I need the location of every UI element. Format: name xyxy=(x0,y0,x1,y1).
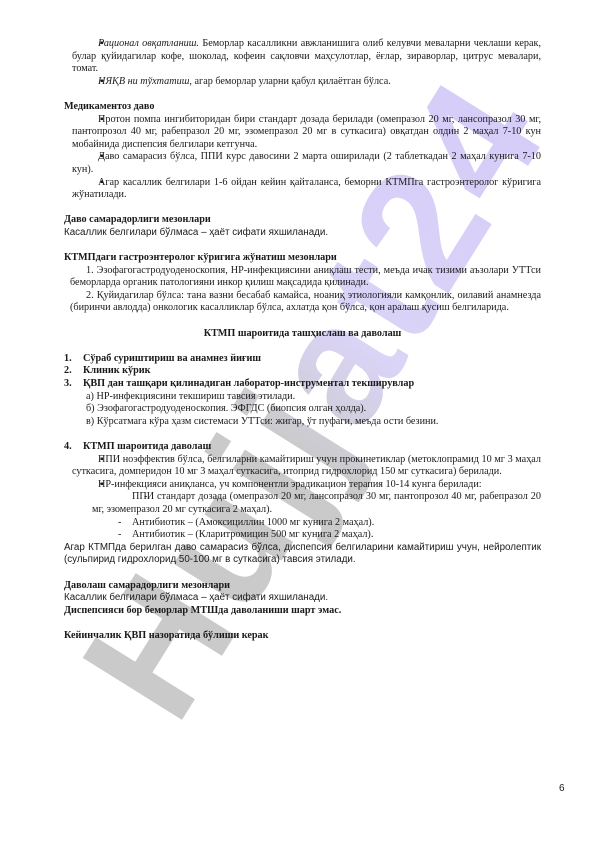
medication-bullet-text: Агар касаллик белгилари 1-6 ойдан кейин … xyxy=(72,177,541,201)
bullet-icon xyxy=(86,177,98,188)
step-item: 2.Клиник кўрик xyxy=(64,365,541,378)
diet-bullet-rational: Рационал овқатланиш. Беморлар касалликни… xyxy=(64,38,541,76)
step4-bullet: НР-инфекцияси аниқланса, уч компонентли … xyxy=(64,479,541,492)
step3-sub-item: а) НР-инфекциясини текшириш тавсия этила… xyxy=(64,391,541,404)
step-label: КТМП шароитида даволаш xyxy=(83,441,211,454)
referral-heading: КТМПдаги гастроэнтеролог кўригига жўнати… xyxy=(64,252,541,265)
bullet-icon xyxy=(86,151,98,162)
eradication-item-text: Антибиотик – (Амоксициллин 1000 мг куниг… xyxy=(132,517,374,528)
treatment-efficacy-text: Касаллик белгилари бўлмаса – ҳаёт сифати… xyxy=(64,592,541,605)
page-content: Рационал овқатланиш. Беморлар касалликни… xyxy=(64,38,541,643)
efficacy-text: Касаллик белгилари бўлмаса – ҳаёт сифати… xyxy=(64,227,541,240)
step-item: 4.КТМП шароитида даволаш xyxy=(64,441,541,454)
medication-bullet: Агар касаллик белгилари 1-6 ойдан кейин … xyxy=(64,177,541,202)
page-number: 6 xyxy=(559,783,565,794)
medication-bullet: Протон помпа ингибиторидан бири стандарт… xyxy=(64,114,541,152)
bullet-icon xyxy=(86,76,98,87)
step3-sub-item: в) Кўрсатмага кўра ҳазм системаси УТТси:… xyxy=(64,416,541,429)
referral-item: 1. Эзофагогастродуоденоскопия, НР-инфекц… xyxy=(64,265,541,290)
step4-bullet-text: НР-инфекцияси аниқланса, уч компонентли … xyxy=(98,479,482,490)
step-item: 3.ҚВП дан ташқари қилинадиган лаборатор-… xyxy=(64,378,541,391)
eradication-item: ППИ стандарт дозада (омепразол 20 мг, ла… xyxy=(64,491,541,516)
step-label: ҚВП дан ташқари қилинадиган лаборатор-ин… xyxy=(83,378,414,391)
step-number: 3. xyxy=(64,378,83,391)
eradication-item: Антибиотик – (Кларитромицин 500 мг куниг… xyxy=(64,529,541,542)
medication-bullet-text: Даво самарасиз бўлса, ППИ курс давосини … xyxy=(72,151,541,175)
diet-bullet-nsaid-text: , агар беморлар уларни қабул қилаётган б… xyxy=(189,76,390,87)
step-number: 1. xyxy=(64,353,83,366)
bullet-icon xyxy=(86,479,98,490)
dash-icon xyxy=(118,529,132,540)
diet-bullet-nsaid-title: НЯҚВ ни тўхтатиш xyxy=(98,76,189,87)
diet-bullet-nsaid: НЯҚВ ни тўхтатиш, агар беморлар уларни қ… xyxy=(64,76,541,89)
referral-item: 2. Қуйидагилар бўлса: тана вазни бесабаб… xyxy=(64,290,541,315)
section-title: КТМП шароитида ташҳислаш ва даволаш xyxy=(64,328,541,341)
dash-icon xyxy=(118,517,132,528)
step-number: 2. xyxy=(64,365,83,378)
efficacy-heading: Даво самарадорлиги мезонлари xyxy=(64,214,541,227)
document-page: Hujjat24 Рационал овқатланиш. Беморлар к… xyxy=(0,0,596,842)
step-label: Клиник кўрик xyxy=(83,365,151,378)
bullet-icon xyxy=(86,114,98,125)
medication-bullet-text: Протон помпа ингибиторидан бири стандарт… xyxy=(72,114,541,150)
treatment-efficacy-heading: Даволаш самарадорлиги мезонлари xyxy=(64,580,541,593)
treatment-efficacy-note: Диспепсияси бор беморлар МТШда даволаниш… xyxy=(64,605,541,618)
bullet-icon xyxy=(86,38,98,49)
eradication-item-text: ППИ стандарт дозада (омепразол 20 мг, ла… xyxy=(92,491,541,515)
medication-heading: Медикаментоз даво xyxy=(64,101,541,114)
step4-bullet-text: ППИ ноэффектив бўлса, белгиларни камайти… xyxy=(72,454,541,478)
step4-bullet: ППИ ноэффектив бўлса, белгиларни камайти… xyxy=(64,454,541,479)
step-item: 1.Сўраб суриштириш ва анамнез йиғиш xyxy=(64,353,541,366)
step3-sub-item: б) Эзофагогастродуоденоскопия. ЭФГДС (би… xyxy=(64,403,541,416)
medication-bullet: Даво самарасиз бўлса, ППИ курс давосини … xyxy=(64,151,541,176)
follow-up-text: Кейинчалик ҚВП назоратида бўлиши керак xyxy=(64,630,541,643)
diet-bullet-rational-title: Рационал овқатланиш. xyxy=(98,38,199,49)
dash-icon xyxy=(118,491,132,502)
eradication-item-text: Антибиотик – (Кларитромицин 500 мг куниг… xyxy=(132,529,373,540)
step-label: Сўраб суриштириш ва анамнез йиғиш xyxy=(83,353,261,366)
bullet-icon xyxy=(86,454,98,465)
step-number: 4. xyxy=(64,441,83,454)
step4-note: Агар КТМПда берилган даво самарасиз бўлс… xyxy=(64,542,541,567)
eradication-item: Антибиотик – (Амоксициллин 1000 мг куниг… xyxy=(64,517,541,530)
